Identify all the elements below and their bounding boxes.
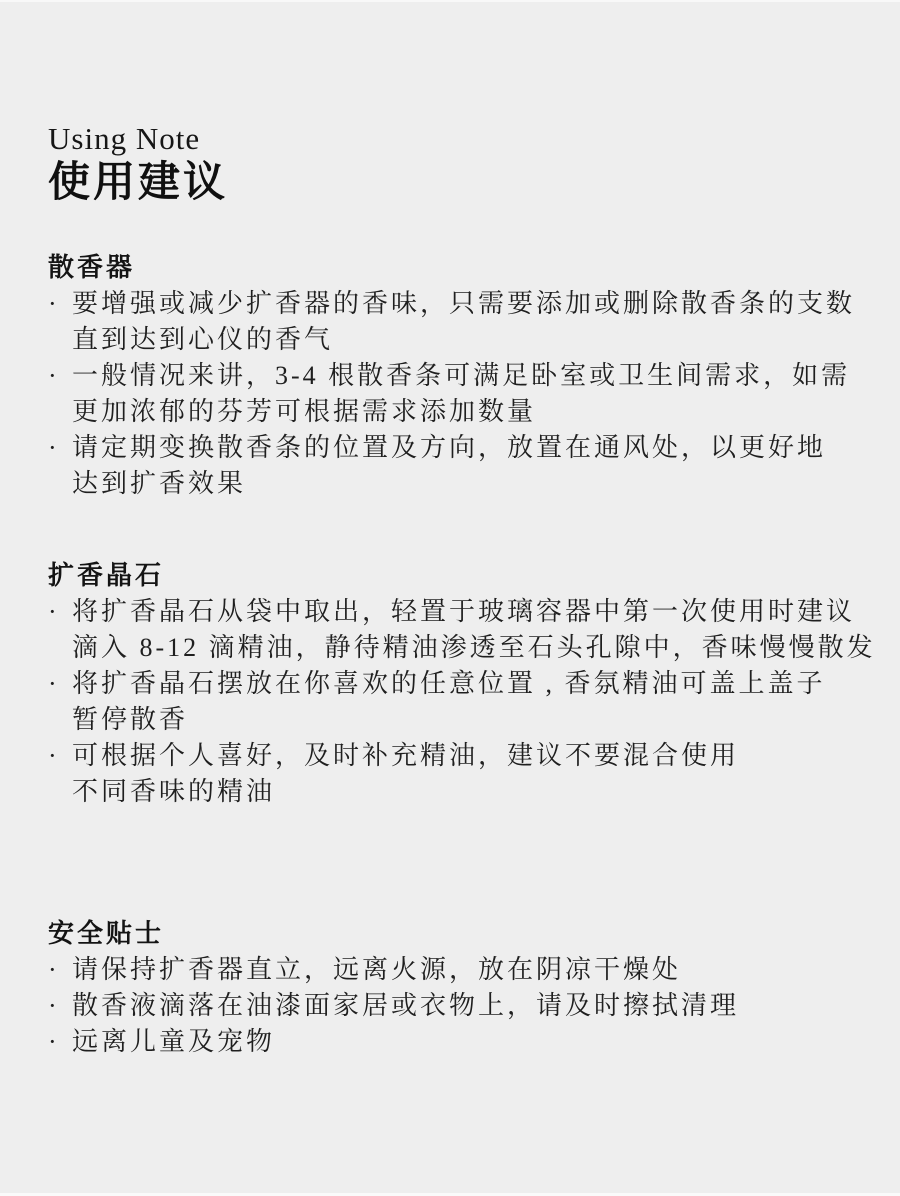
list-item: · 请定期变换散香条的位置及方向，放置在通风处，以更好地 达到扩香效果 [48, 430, 870, 502]
page-title-chinese: 使用建议 [48, 158, 870, 208]
usage-note-page: { "ui": { "bullet_char": "·" }, "page": … [0, 0, 900, 1196]
bullet-dot-icon: · [48, 1024, 72, 1060]
bullet-dot-icon: · [48, 666, 72, 702]
page-title-english: Using Note [48, 120, 870, 158]
section-safety-tips: 安全贴士 · 请保持扩香器直立，远离火源，放在阴凉干燥处 · 散香液滴落在油漆面… [48, 916, 870, 1060]
bullet-text: 要增强或减少扩香器的香味，只需要添加或删除散香条的支数 直到达到心仪的香气 [72, 286, 855, 358]
list-item: · 请保持扩香器直立，远离火源，放在阴凉干燥处 [48, 952, 870, 988]
section-heading: 扩香晶石 [48, 558, 870, 594]
bullet-dot-icon: · [48, 738, 72, 774]
bullet-dot-icon: · [48, 988, 72, 1024]
list-item: · 可根据个人喜好，及时补充精油，建议不要混合使用 不同香味的精油 [48, 738, 870, 810]
top-edge-highlight [0, 0, 900, 2]
bullet-text: 将扩香晶石摆放在你喜欢的任意位置 , 香氛精油可盖上盖子 暂停散香 [72, 666, 826, 738]
bullet-dot-icon: · [48, 286, 72, 322]
section-aroma-crystal: 扩香晶石 · 将扩香晶石从袋中取出，轻置于玻璃容器中第一次使用时建议 滴入 8-… [48, 558, 870, 810]
bullet-text: 远离儿童及宠物 [72, 1024, 275, 1060]
section-heading: 散香器 [48, 250, 870, 286]
list-item: · 远离儿童及宠物 [48, 1024, 870, 1060]
bullet-text: 请保持扩香器直立，远离火源，放在阴凉干燥处 [72, 952, 681, 988]
bullet-text: 一般情况来讲，3-4 根散香条可满足卧室或卫生间需求，如需 更加浓郁的芬芳可根据… [72, 358, 850, 430]
list-item: · 将扩香晶石从袋中取出，轻置于玻璃容器中第一次使用时建议 滴入 8-12 滴精… [48, 594, 870, 666]
bullet-text: 散香液滴落在油漆面家居或衣物上，请及时擦拭清理 [72, 988, 739, 1024]
usage-note-content: Using Note 使用建议 散香器 · 要增强或减少扩香器的香味，只需要添加… [0, 0, 900, 1060]
list-item: · 要增强或减少扩香器的香味，只需要添加或删除散香条的支数 直到达到心仪的香气 [48, 286, 870, 358]
bullet-dot-icon: · [48, 594, 72, 630]
bullet-text: 可根据个人喜好，及时补充精油，建议不要混合使用 不同香味的精油 [72, 738, 739, 810]
section-diffuser: 散香器 · 要增强或减少扩香器的香味，只需要添加或删除散香条的支数 直到达到心仪… [48, 250, 870, 502]
bullet-dot-icon: · [48, 952, 72, 988]
bullet-text: 请定期变换散香条的位置及方向，放置在通风处，以更好地 达到扩香效果 [72, 430, 826, 502]
bullet-dot-icon: · [48, 358, 72, 394]
list-item: · 将扩香晶石摆放在你喜欢的任意位置 , 香氛精油可盖上盖子 暂停散香 [48, 666, 870, 738]
bullet-dot-icon: · [48, 430, 72, 466]
bullet-text: 将扩香晶石从袋中取出，轻置于玻璃容器中第一次使用时建议 滴入 8-12 滴精油，… [72, 594, 876, 666]
list-item: · 散香液滴落在油漆面家居或衣物上，请及时擦拭清理 [48, 988, 870, 1024]
list-item: · 一般情况来讲，3-4 根散香条可满足卧室或卫生间需求，如需 更加浓郁的芬芳可… [48, 358, 870, 430]
section-heading: 安全贴士 [48, 916, 870, 952]
